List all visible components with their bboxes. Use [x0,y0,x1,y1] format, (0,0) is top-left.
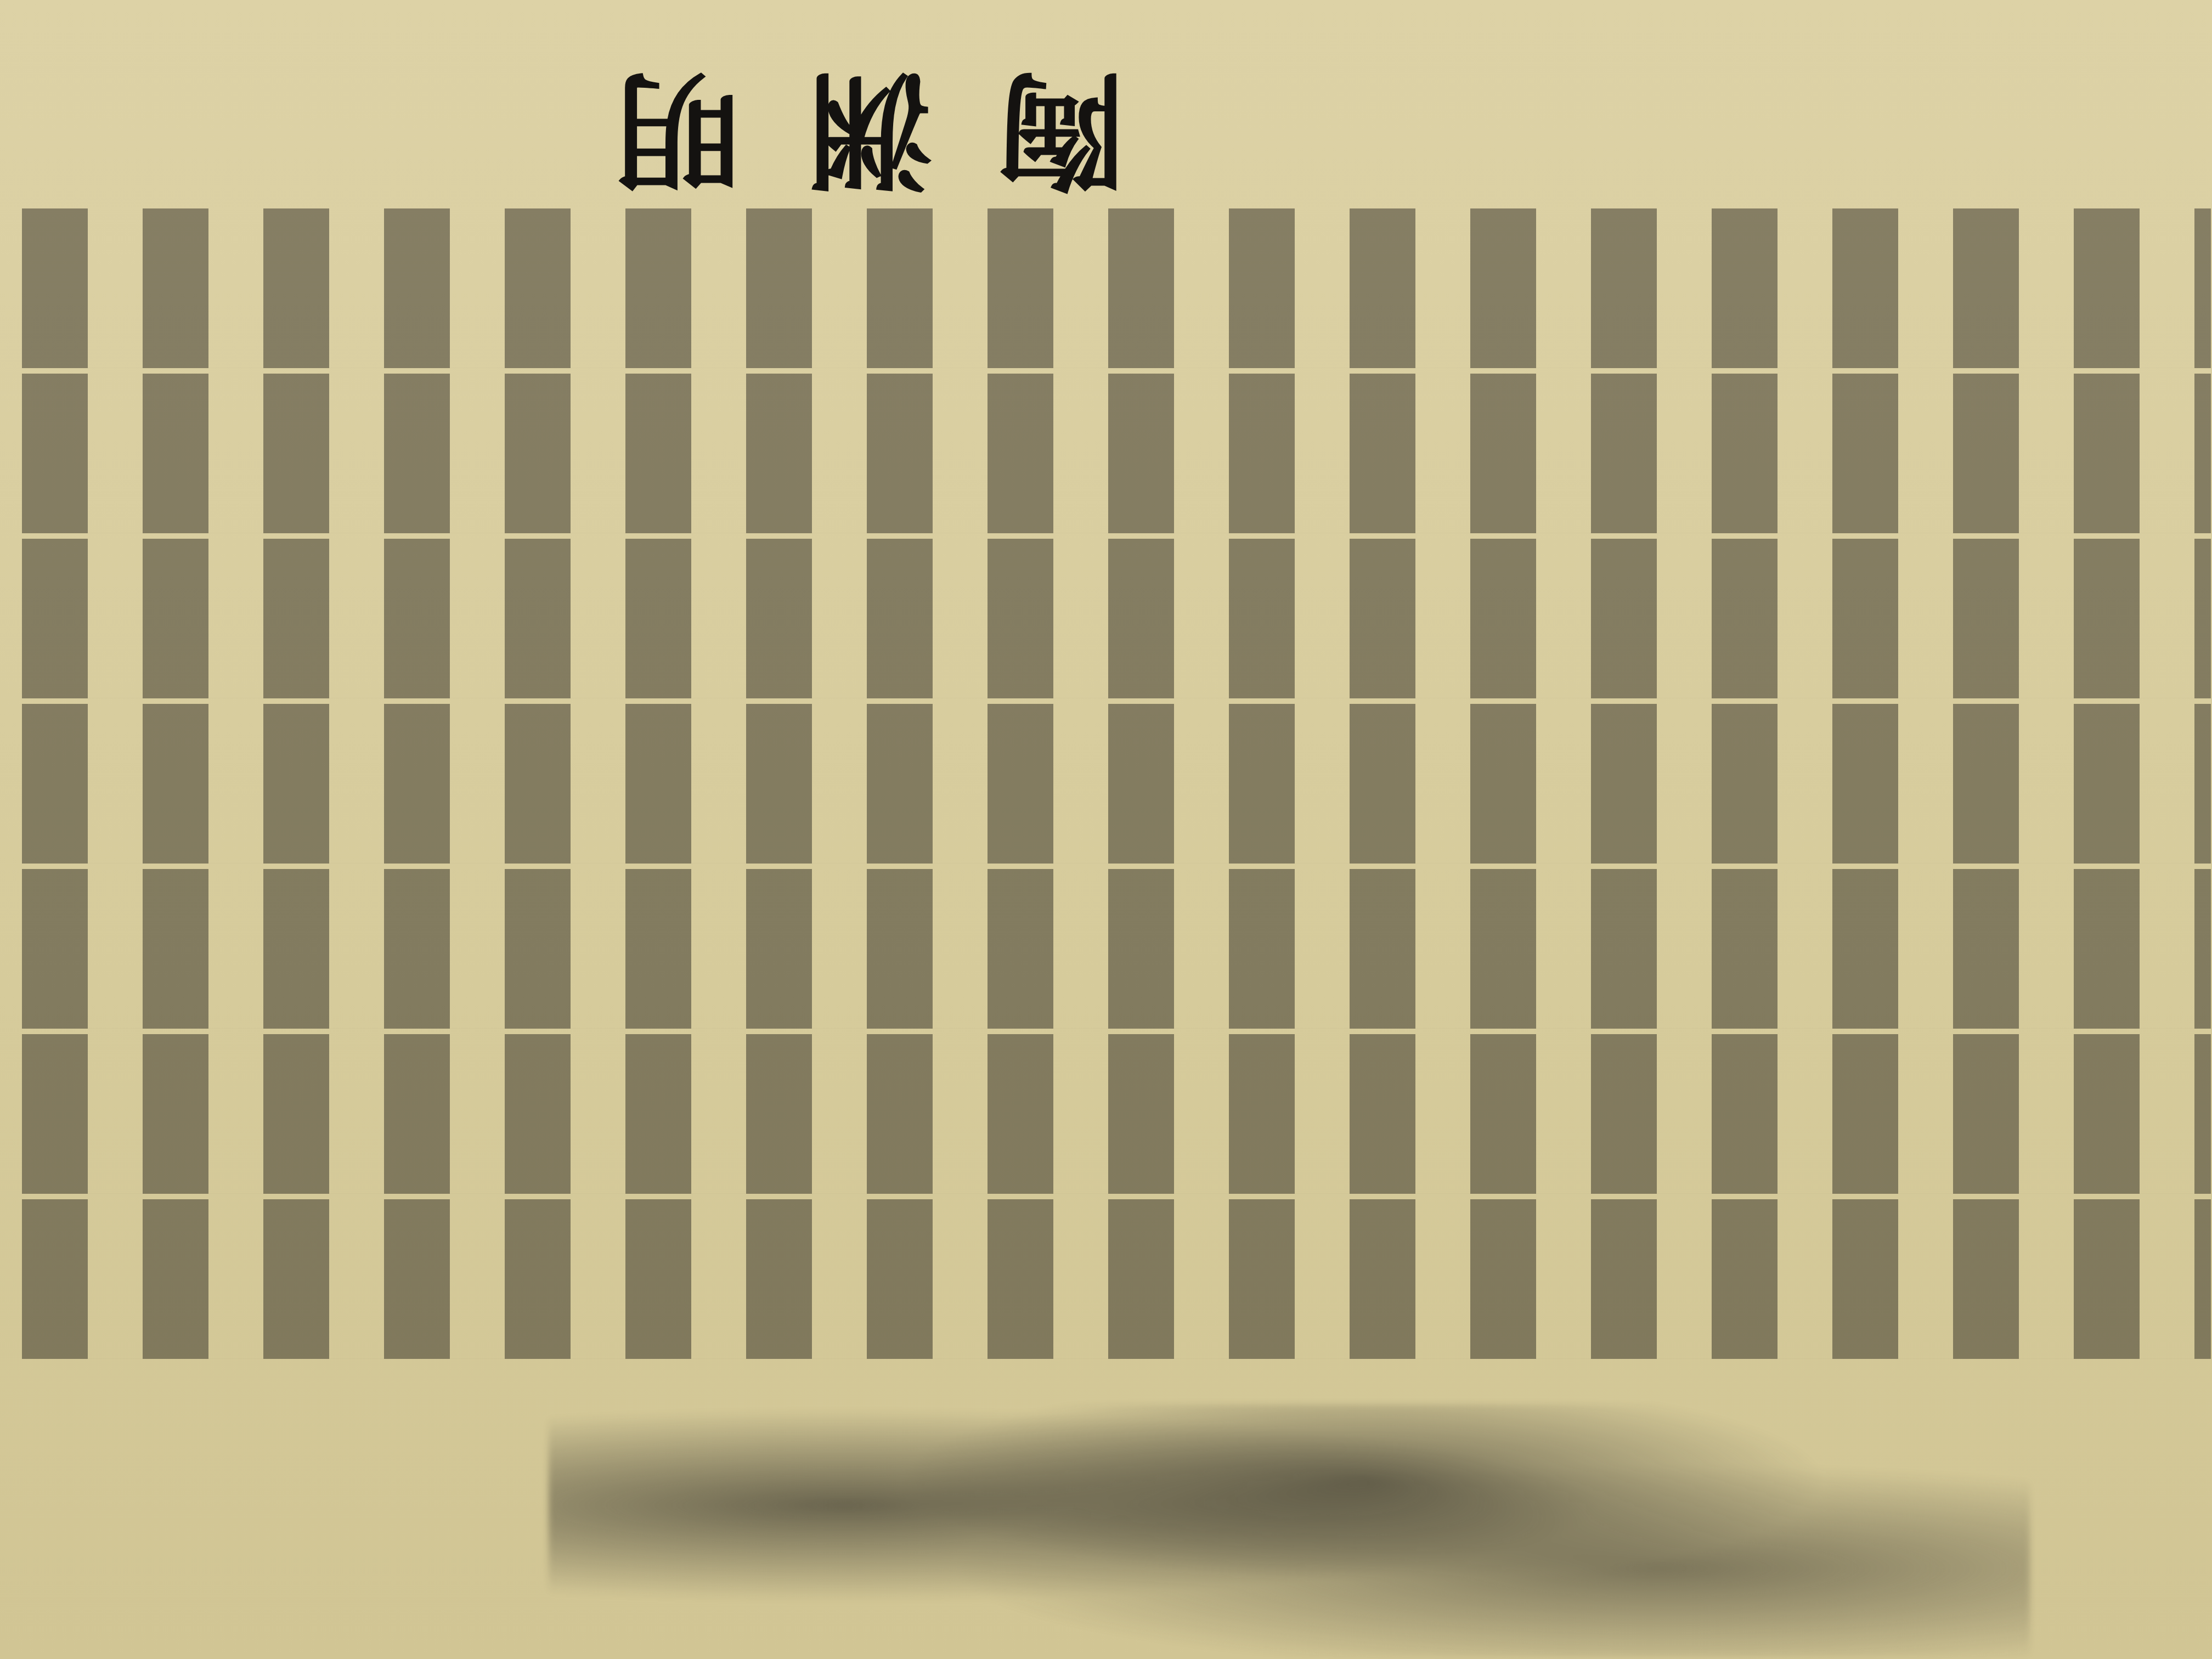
text-line [22,1199,2211,1359]
title-calligraphy: 陶渊明 [549,49,1125,231]
calligraphy-body [22,208,2211,1364]
text-line [22,374,2211,533]
text-line [22,208,2211,368]
text-line [22,1034,2211,1194]
text-line [22,539,2211,698]
text-line [22,869,2211,1029]
calligraphy-paper: 陶渊明 [0,0,2212,1659]
text-line [22,704,2211,864]
landscape-sketch [549,1404,2030,1657]
